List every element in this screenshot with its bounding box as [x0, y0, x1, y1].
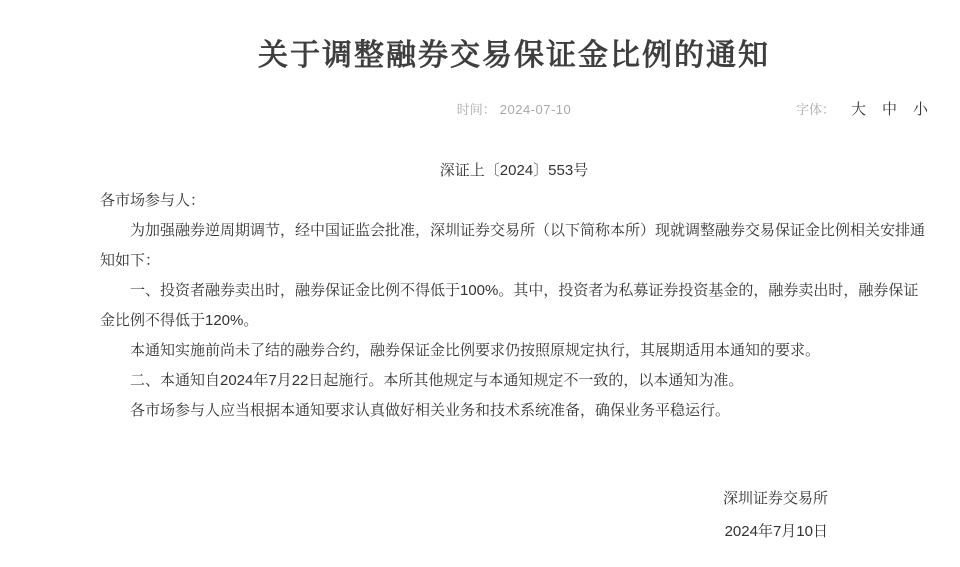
signature-date: 2024年7月10日: [100, 515, 828, 548]
font-size-label: 字体：: [796, 102, 835, 117]
paragraph: 为加强融券逆周期调节，经中国证监会批准，深圳证券交易所（以下简称本所）现就调整融…: [100, 216, 928, 276]
notice-body: 深证上〔2024〕553号 各市场参与人： 为加强融券逆周期调节，经中国证监会批…: [100, 156, 928, 548]
publish-time-value: 2024-07-10: [500, 102, 572, 117]
font-size-small[interactable]: 小: [913, 100, 928, 120]
paragraph: 一、投资者融券卖出时，融券保证金比例不得低于100%。其中，投资者为私募证券投资…: [100, 276, 928, 336]
signature-name: 深圳证券交易所: [100, 482, 828, 515]
font-size-medium[interactable]: 中: [882, 100, 897, 120]
publish-time-label: 时间：: [457, 102, 496, 117]
page-title: 关于调整融券交易保证金比例的通知: [100, 34, 928, 78]
font-size-large[interactable]: 大: [851, 100, 866, 120]
meta-row: 时间：2024-07-10 字体：大中小: [100, 100, 928, 120]
paragraph: 二、本通知自2024年7月22日起施行。本所其他规定与本通知规定不一致的，以本通…: [100, 366, 928, 396]
paragraph: 各市场参与人应当根据本通知要求认真做好相关业务和技术系统准备，确保业务平稳运行。: [100, 396, 928, 426]
document-number: 深证上〔2024〕553号: [100, 156, 928, 186]
salutation: 各市场参与人：: [100, 186, 928, 216]
signature-block: 深圳证券交易所 2024年7月10日: [100, 482, 928, 548]
font-size-selector: 字体：大中小: [796, 100, 928, 120]
notice-page: 关于调整融券交易保证金比例的通知 时间：2024-07-10 字体：大中小 深证…: [0, 0, 960, 567]
paragraph: 本通知实施前尚未了结的融券合约，融券保证金比例要求仍按照原规定执行，其展期适用本…: [100, 336, 928, 366]
